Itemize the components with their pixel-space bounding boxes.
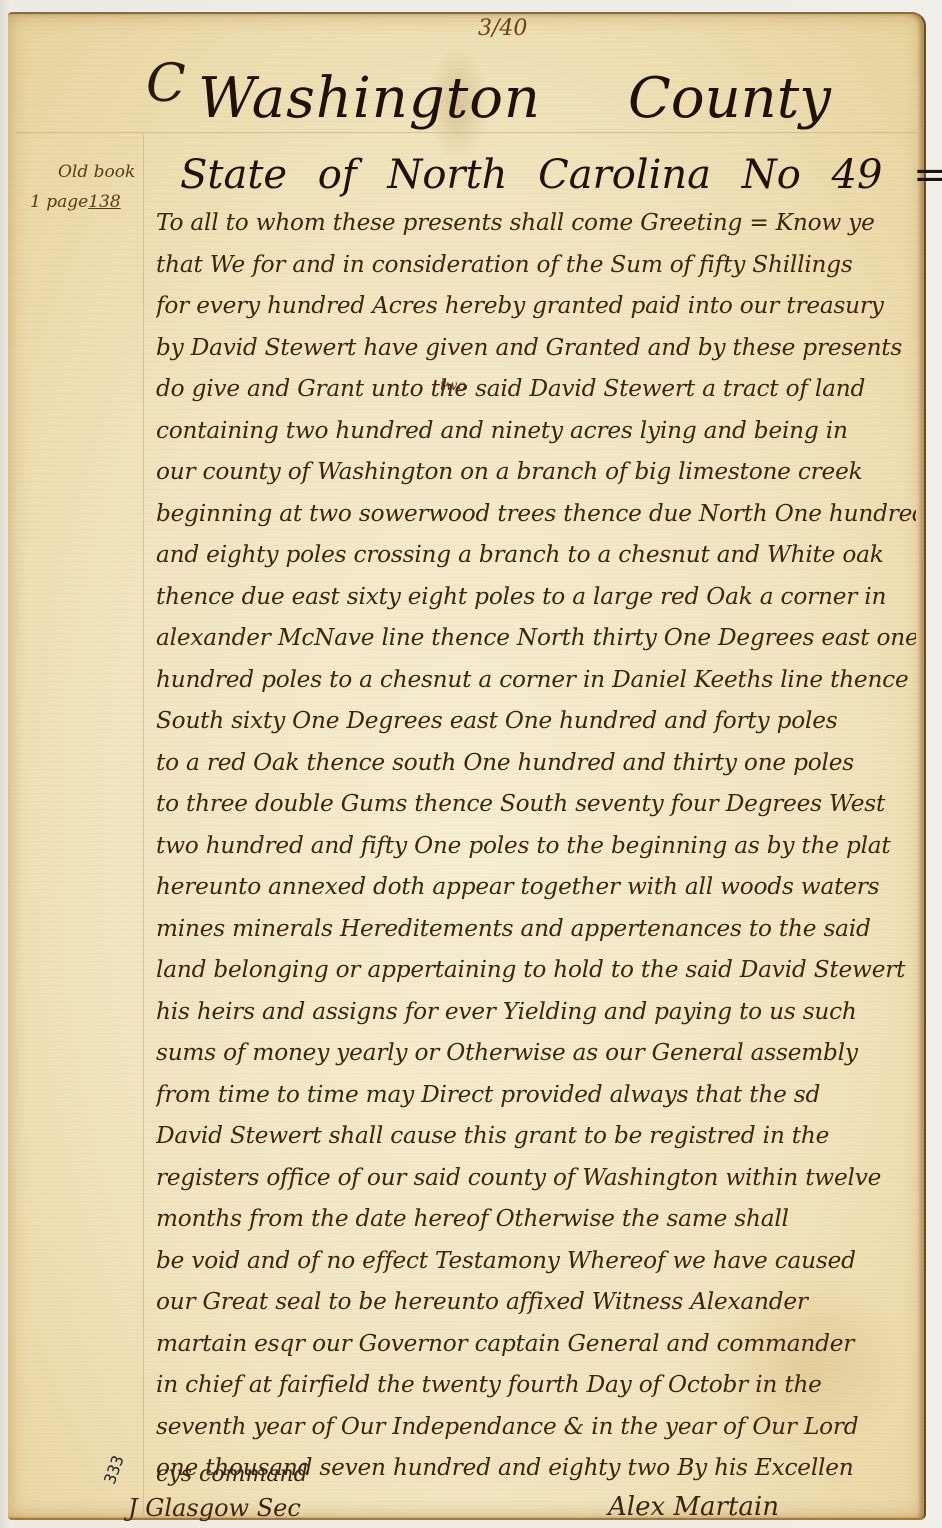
heading-county-word: County: [628, 66, 831, 131]
state-heading: State of North Carolina No 49 =: [180, 152, 942, 198]
body-line: land belonging or appertaining to hold t…: [156, 949, 916, 991]
body-line: alexander McNave line thence North thirt…: [156, 617, 916, 659]
heading-flourish: C: [146, 54, 186, 114]
body-line: hereunto annexed doth appear together wi…: [156, 866, 916, 908]
margin-note-old-book: Old book: [58, 162, 135, 182]
body-line: hundred poles to a chesnut a corner in D…: [156, 659, 916, 701]
body-line: that We for and in consideration of the …: [156, 244, 916, 286]
body-line: beginning at two sowerwood trees thence …: [156, 493, 916, 535]
closing-line: cys command: [156, 1462, 308, 1487]
margin-note-page-number: 138: [88, 192, 120, 212]
body-line: our Great seal to be hereunto affixed Wi…: [156, 1281, 916, 1323]
margin-note-page-prefix: 1 page: [30, 192, 88, 212]
body-line: mines minerals Hereditements and apperte…: [156, 908, 916, 950]
body-line: David Stewert shall cause this grant to …: [156, 1115, 916, 1157]
governor-signature: Alex Martain: [608, 1492, 779, 1522]
body-line: martain esqr our Governor captain Genera…: [156, 1323, 916, 1365]
body-line: to three double Gums thence South sevent…: [156, 783, 916, 825]
body-line: and eighty poles crossing a branch to a …: [156, 534, 916, 576]
body-line: seventh year of Our Independance & in th…: [156, 1406, 916, 1448]
body-line: our county of Washington on a branch of …: [156, 451, 916, 493]
manuscript-page: 3/40 C Washington County State of North …: [8, 12, 926, 1520]
body-line: sums of money yearly or Otherwise as our…: [156, 1032, 916, 1074]
body-line: thence due east sixty eight poles to a l…: [156, 576, 916, 618]
page-number: 3/40: [478, 16, 527, 41]
body-line: from time to time may Direct provided al…: [156, 1074, 916, 1116]
ruled-line-horizontal: [16, 132, 916, 133]
scan-background: 3/40 C Washington County State of North …: [0, 0, 942, 1528]
body-line: two hundred and fifty One poles to the b…: [156, 825, 916, 867]
body-line: to a red Oak thence south One hundred an…: [156, 742, 916, 784]
body-line: his heirs and assigns for ever Yielding …: [156, 991, 916, 1033]
stamp-number: 333: [100, 1453, 128, 1487]
body-line: containing two hundred and ninety acres …: [156, 410, 916, 452]
grant-body-text: To all to whom these presents shall come…: [156, 202, 916, 1489]
body-line: be void and of no effect Testamony Where…: [156, 1240, 916, 1282]
body-line: do give and Grant unto the said David St…: [156, 368, 916, 410]
body-line: in chief at fairfield the twenty fourth …: [156, 1364, 916, 1406]
margin-note-page: 1 page138: [30, 192, 121, 212]
body-line: To all to whom these presents shall come…: [156, 202, 916, 244]
margin-rule: [143, 134, 144, 1514]
body-line: months from the date hereof Otherwise th…: [156, 1198, 916, 1240]
body-line: registers office of our said county of W…: [156, 1157, 916, 1199]
body-line: by David Stewert have given and Granted …: [156, 327, 916, 369]
body-line: South sixty One Degrees east One hundred…: [156, 700, 916, 742]
secretary-signature: J Glasgow Sec: [128, 1494, 301, 1522]
body-line: for every hundred Acres hereby granted p…: [156, 285, 916, 327]
heading-county-name: Washington: [198, 66, 541, 131]
